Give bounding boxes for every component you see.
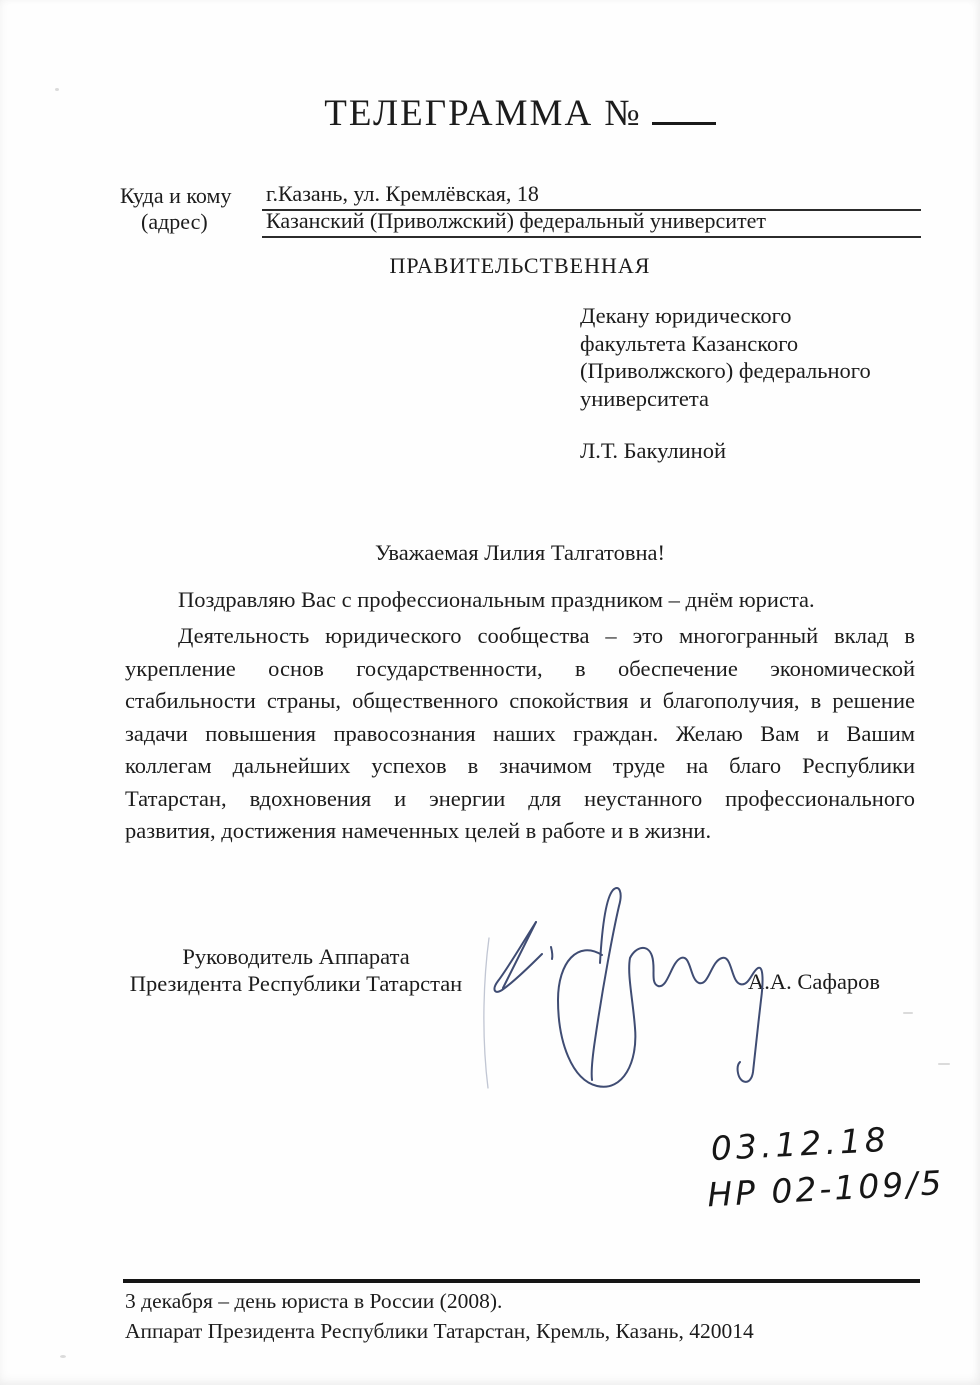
body-line: Татарстан, вдохновения и энергии для неу… <box>125 783 915 816</box>
scan-speck <box>60 1355 66 1358</box>
body-line: укрепление основ государственности, в об… <box>125 653 915 686</box>
signatory-title-line1: Руководитель Аппарата <box>123 944 469 971</box>
addressee-line: (Приволжского) федерального <box>580 357 910 385</box>
signature-ink <box>455 863 785 1098</box>
body-line: задачи повышения правосознания наших гра… <box>125 718 915 751</box>
body-paragraph-1: Поздравляю Вас с профессиональным праздн… <box>125 587 918 613</box>
footer-divider <box>123 1279 920 1283</box>
handwritten-note: 03.12.18 НР 02-109/5 <box>710 1114 946 1218</box>
telegram-document-page: ТЕЛЕГРАММА № Куда и кому (адрес) г.Казан… <box>0 0 980 1385</box>
classification-label: ПРАВИТЕЛЬСТВЕННАЯ <box>60 253 980 279</box>
addressee-line: факультета Казанского <box>580 330 910 358</box>
address-line-1: г.Казань, ул. Кремлёвская, 18 <box>262 181 921 211</box>
footer-address: Аппарат Президента Республики Татарстан,… <box>125 1319 754 1344</box>
body-line: Деятельность юридического сообщества – э… <box>125 620 915 653</box>
addressee-line: университета <box>580 385 910 413</box>
body-line: коллегам дальнейших успехов в значимом т… <box>125 750 915 783</box>
handwritten-number: НР 02-109/5 <box>706 1160 945 1218</box>
address-line-2: Казанский (Приволжский) федеральный унив… <box>262 208 921 238</box>
signatory-title: Руководитель Аппарата Президента Республ… <box>123 944 469 997</box>
address-label: Куда и кому <box>120 183 231 209</box>
body-paragraph-2: Деятельность юридического сообщества – э… <box>125 620 915 848</box>
telegram-title-label: ТЕЛЕГРАММА № <box>324 93 641 134</box>
handwritten-date: 03.12.18 <box>710 1120 891 1168</box>
scan-speck <box>55 88 59 91</box>
scan-speck <box>938 1063 950 1065</box>
body-line: стабильности страны, общественного споко… <box>125 685 915 718</box>
footer-note: 3 декабря – день юриста в России (2008). <box>125 1289 502 1314</box>
signatory-title-line2: Президента Республики Татарстан <box>123 971 469 998</box>
salutation: Уважаемая Лилия Талгатовна! <box>60 540 980 566</box>
scan-speck <box>903 1012 913 1014</box>
addressee-line: Декану юридического <box>580 302 910 330</box>
address-label-subtext: (адрес) <box>141 209 208 235</box>
telegram-title: ТЕЛЕГРАММА № <box>60 92 980 135</box>
addressee-name: Л.Т. Бакулиной <box>580 438 726 464</box>
body-line: развития, достижения намеченных целей в … <box>125 815 915 848</box>
addressee-block: Декану юридического факультета Казанског… <box>580 302 910 412</box>
telegram-number-blank <box>652 92 716 125</box>
